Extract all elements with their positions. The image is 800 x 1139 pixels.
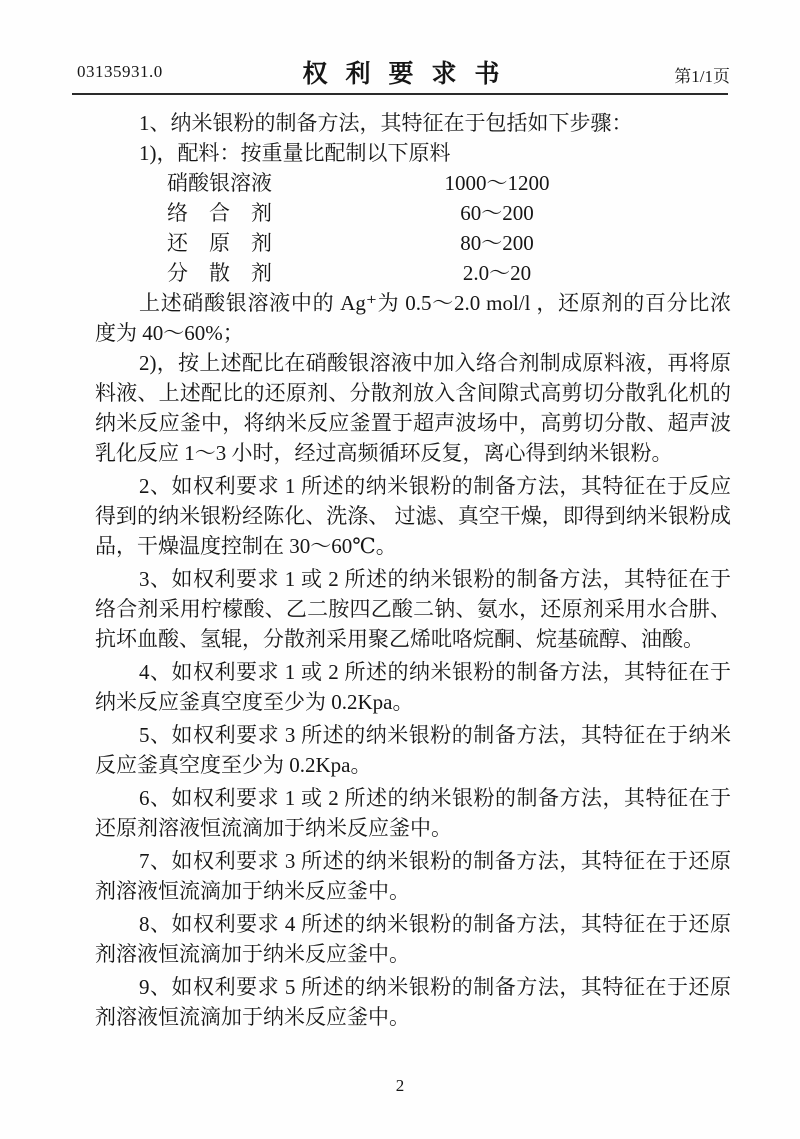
claim-1-step-1: 1)，配料：按重量比配制以下原料 <box>95 138 731 168</box>
claims-document-page: 03135931.0 权利要求书 第1/1页 1、纳米银粉的制备方法，其特征在于… <box>0 0 800 1139</box>
claim-1-intro: 1、纳米银粉的制备方法，其特征在于包括如下步骤： <box>95 108 731 138</box>
table-row: 分 散 剂 2.0～20 <box>167 258 731 288</box>
ingredient-amount: 60～200 <box>417 198 577 228</box>
claim-4: 4、如权利要求 1 或 2 所述的纳米银粉的制备方法，其特征在于纳米反应釜真空度… <box>95 657 731 717</box>
ingredient-name: 硝酸银溶液 <box>167 168 347 198</box>
claim-9: 9、如权利要求 5 所述的纳米银粉的制备方法，其特征在于还原剂溶液恒流滴加于纳米… <box>95 972 731 1032</box>
ingredient-name: 分 散 剂 <box>167 258 347 288</box>
ingredient-amount: 2.0～20 <box>417 258 577 288</box>
claim-5: 5、如权利要求 3 所述的纳米银粉的制备方法，其特征在于纳米反应釜真空度至少为 … <box>95 720 731 780</box>
ingredient-amount: 80～200 <box>417 228 577 258</box>
ingredient-amount: 1000～1200 <box>417 168 577 198</box>
claim-7: 7、如权利要求 3 所述的纳米银粉的制备方法，其特征在于还原剂溶液恒流滴加于纳米… <box>95 846 731 906</box>
ingredient-table: 硝酸银溶液 1000～1200 络 合 剂 60～200 还 原 剂 80～20… <box>167 168 731 288</box>
claim-2: 2、如权利要求 1 所述的纳米银粉的制备方法，其特征在于反应得到的纳米银粉经陈化… <box>95 471 731 561</box>
table-row: 还 原 剂 80～200 <box>167 228 731 258</box>
page-indicator: 第1/1页 <box>674 62 730 87</box>
claim-6: 6、如权利要求 1 或 2 所述的纳米银粉的制备方法，其特征在于还原剂溶液恒流滴… <box>95 783 731 843</box>
table-row: 络 合 剂 60～200 <box>167 198 731 228</box>
claims-body: 1、纳米银粉的制备方法，其特征在于包括如下步骤： 1)，配料：按重量比配制以下原… <box>95 108 731 1035</box>
page-header: 03135931.0 权利要求书 第1/1页 <box>72 54 730 88</box>
header-divider <box>72 93 728 95</box>
footer-page-number: 2 <box>0 1076 800 1096</box>
claim-1-note: 上述硝酸银溶液中的 Ag⁺为 0.5～2.0 mol/l ，还原剂的百分比浓度为… <box>95 288 731 348</box>
claim-1-step-2: 2)，按上述配比在硝酸银溶液中加入络合剂制成原料液，再将原料液、上述配比的还原剂… <box>95 348 731 468</box>
claim-8: 8、如权利要求 4 所述的纳米银粉的制备方法，其特征在于还原剂溶液恒流滴加于纳米… <box>95 909 731 969</box>
ingredient-name: 还 原 剂 <box>167 228 347 258</box>
claim-3: 3、如权利要求 1 或 2 所述的纳米银粉的制备方法，其特征在于络合剂采用柠檬酸… <box>95 564 731 654</box>
table-row: 硝酸银溶液 1000～1200 <box>167 168 731 198</box>
ingredient-name: 络 合 剂 <box>167 198 347 228</box>
document-title: 权利要求书 <box>72 54 730 90</box>
